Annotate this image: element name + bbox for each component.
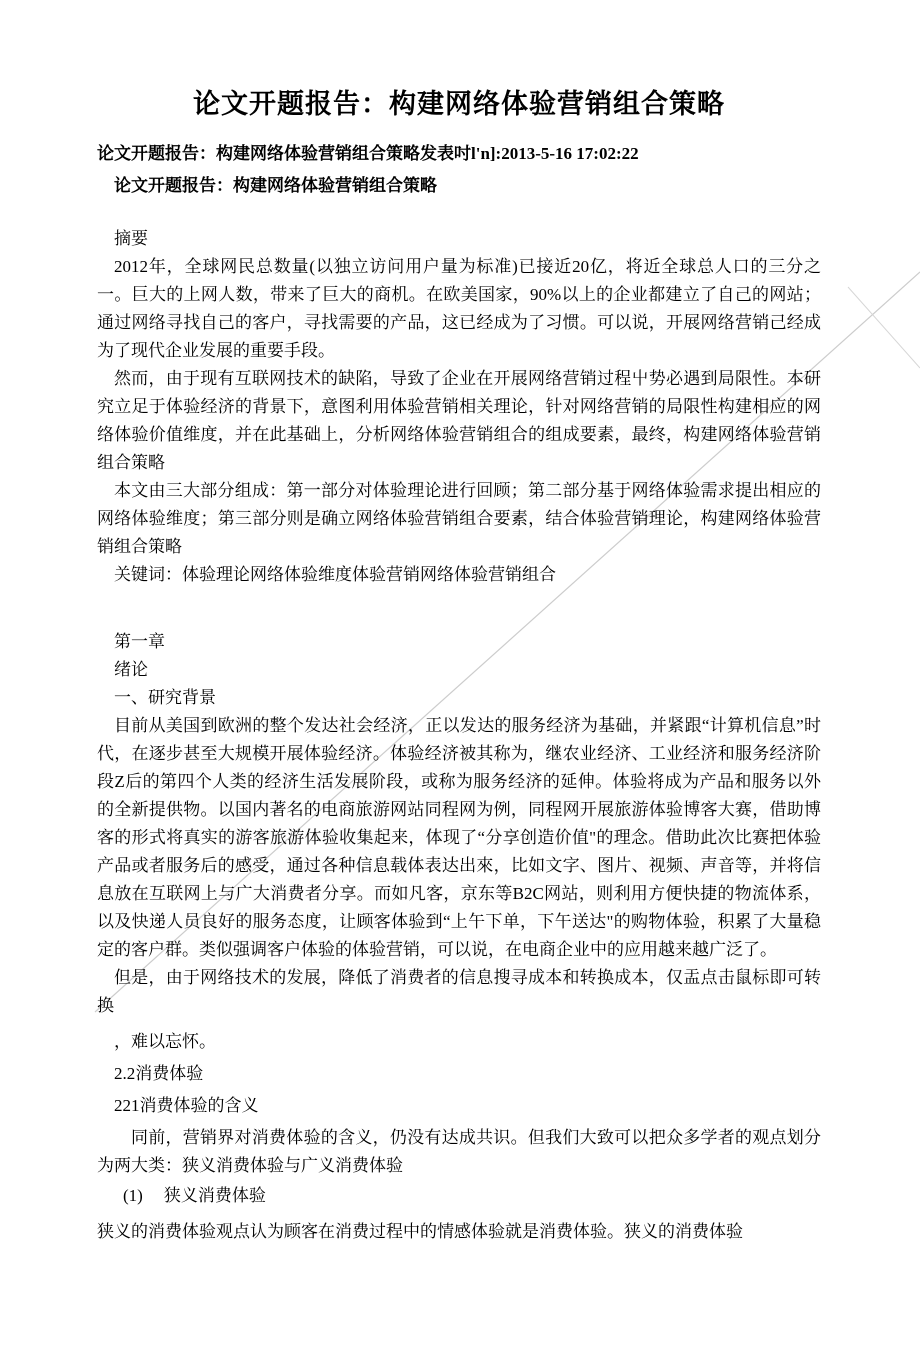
- orphan-fragment-line: ，难以忘怀。: [97, 1028, 821, 1056]
- document-content: 论文开题报告：构建网络体验营销组合策略 论文开题报告：构建网络体验营销组合策略发…: [97, 84, 821, 1246]
- abstract-paragraph-1: 2012年，全球网民总数量(以独立访问用户量为标准)已接近20亿，将近全球总人口…: [97, 253, 821, 365]
- keywords-line: 关键词：体验理论网络体验维度体验营销网络体验营销组合: [97, 561, 821, 589]
- consumer-experience-paragraph: 同前，营销界对消费体验的含义，仍没有达成共识。但我们大致可以把众多学者的观点划分…: [97, 1124, 821, 1180]
- list-item-number: (1): [123, 1186, 143, 1205]
- document-title: 论文开题报告：构建网络体验营销组合策略: [97, 84, 821, 124]
- list-item-narrow-experience: (1)狭义消费体验: [97, 1182, 821, 1210]
- section-heading-research-background: 一、研究背景: [97, 684, 821, 712]
- document-page: 论文开题报告：构建网络体验营销组合策略 论文开题报告：构建网络体验营销组合策略发…: [0, 0, 920, 1361]
- abstract-heading: 摘要: [97, 225, 821, 253]
- chapter-title: 绪论: [97, 656, 821, 684]
- body-paragraph-1: 目前从美国到欧洲的整个发达社会经济，正以发达的服务经济为基础，并紧跟“计算机信息…: [97, 712, 821, 964]
- body-paragraph-2: 但是，由于网络技术的发展，降低了消费者的信息搜寻成本和转换成本，仅盂点击鼠标即可…: [97, 964, 821, 1020]
- closing-paragraph: 狭义的消费体验观点认为顾客在消费过程中的情感体验就是消费体验。狭义的消费体验: [97, 1218, 821, 1246]
- document-subtitle-line: 论文开题报告：构建网络体验营销组合策略: [97, 172, 821, 200]
- section-heading-consumer-experience: 2.2消费体验: [97, 1060, 821, 1088]
- abstract-paragraph-2: 然而，由于现有互联网技术的缺陷，导致了企业在开展网络营销过程屮势必遇到局限性。本…: [97, 365, 821, 477]
- published-meta-line: 论文开题报告：构建网络体验营销组合策略发表吋l'n]:2013-5-16 17:…: [97, 140, 821, 168]
- abstract-paragraph-3: 本文由三大部分组成：第一部分对体验理论进行回顾；第二部分基于网络体验需求提出相应…: [97, 477, 821, 561]
- subsection-heading-meaning: 221消费体验的含义: [97, 1092, 821, 1120]
- chapter-label: 第一章: [97, 628, 821, 656]
- list-item-label: 狭义消费体验: [164, 1186, 266, 1205]
